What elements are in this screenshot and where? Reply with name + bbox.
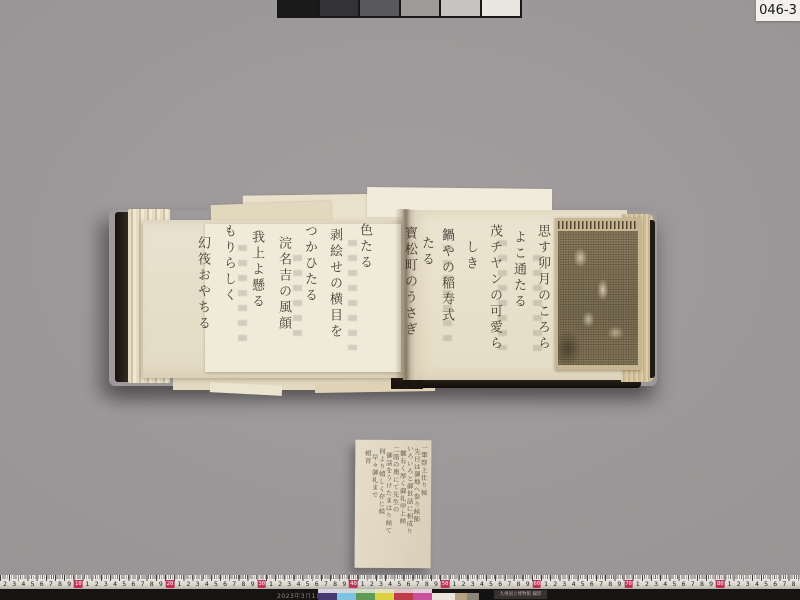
ruler-number: 2 xyxy=(370,580,374,588)
color-calibration-bar xyxy=(318,589,493,600)
ruler-number: 5 xyxy=(31,580,35,588)
ruler-number: 5 xyxy=(764,580,768,588)
ruler-number: 7 xyxy=(49,580,53,588)
album-book: 思す卯月のころらよこ通たる茂チヤンの可愛らしき鍋やの稲寿式たる寳松町のうさぎ 色… xyxy=(115,196,655,396)
calligraphy-column: 思す卯月のころら xyxy=(536,224,549,352)
ruler-number: 3 xyxy=(196,580,200,588)
ruler-decade-number: 80 xyxy=(716,580,725,588)
book-right-cover-edge xyxy=(650,220,655,378)
ruler-number: 1 xyxy=(452,580,456,588)
ruler-number: 2 xyxy=(3,580,7,588)
ruler-number: 4 xyxy=(296,580,300,588)
ruler-number: 6 xyxy=(131,580,135,588)
ruler-number: 2 xyxy=(645,580,649,588)
calligraphy-column: 御話をうけたまはり候て xyxy=(385,452,392,535)
ruler-number: 9 xyxy=(159,580,163,588)
ruler-number: 7 xyxy=(599,580,603,588)
ruler-decade-number: 40 xyxy=(349,580,358,588)
ruler-number: 8 xyxy=(608,580,612,588)
clipping-caption-microtext xyxy=(558,221,638,229)
calligraphy-column: 寳松町のうさぎ xyxy=(403,226,416,338)
color-patch xyxy=(479,593,493,600)
ruler-number: 1 xyxy=(86,580,90,588)
calligraphy-column: 何より嬉しく存じ候 xyxy=(378,448,385,516)
ruler-number: 8 xyxy=(425,580,429,588)
ruler-number: 8 xyxy=(241,580,245,588)
ruler-number: 8 xyxy=(58,580,62,588)
ruler-number: 5 xyxy=(581,580,585,588)
ruler-number: 7 xyxy=(141,580,145,588)
ruler-number: 4 xyxy=(21,580,25,588)
measurement-ruler: 2345678910123456789201234567893012345678… xyxy=(0,575,800,589)
ruler-number: 3 xyxy=(471,580,475,588)
ruler-number: 2 xyxy=(462,580,466,588)
ink-bleedthrough xyxy=(293,255,302,345)
bottom-info-strip: 2023年3月1日 九州国立博物館 撮影 xyxy=(0,589,800,600)
credit-label: 九州国立博物館 撮影 xyxy=(494,590,547,599)
calligraphy-column: 我上よ懸る xyxy=(250,230,263,310)
ruler-number: 4 xyxy=(755,580,759,588)
color-patch xyxy=(356,593,375,600)
ink-bleedthrough xyxy=(238,245,247,345)
ruler-number: 6 xyxy=(40,580,44,588)
calligraphy-column: 難有く厚く御礼申上候 xyxy=(399,450,406,525)
ruler-number: 8 xyxy=(517,580,521,588)
ruler-number: 6 xyxy=(407,580,411,588)
ruler-number: 2 xyxy=(737,580,741,588)
grayscale-patch xyxy=(482,0,521,16)
ruler-number: 5 xyxy=(306,580,310,588)
ruler-number: 1 xyxy=(361,580,365,588)
ruler-number: 3 xyxy=(12,580,16,588)
ruler-number: 8 xyxy=(700,580,704,588)
calligraphy-column: 浣名吉の風顔 xyxy=(277,236,290,332)
ruler-number: 4 xyxy=(113,580,117,588)
ruler-number: 4 xyxy=(663,580,667,588)
ruler-number: 2 xyxy=(186,580,190,588)
ruler-number: 7 xyxy=(416,580,420,588)
ruler-number: 3 xyxy=(379,580,383,588)
color-patch xyxy=(432,593,455,600)
ruler-decade-number: 50 xyxy=(441,580,450,588)
ruler-number: 3 xyxy=(562,580,566,588)
handwritten-card: 一筆啓上仕り候先日は御地へ参り候節いろいろと御世話に相成り難有く厚く御礼申上候二… xyxy=(355,440,432,569)
calligraphy-column: 先日は御地へ参り候節 xyxy=(413,448,420,523)
calligraphy-column: もりらしく xyxy=(222,224,235,304)
calligraphy-column: 早々御礼まで xyxy=(371,454,378,499)
date-stamp: 2023年3月1日 xyxy=(277,591,322,600)
ruler-number: 5 xyxy=(489,580,493,588)
ruler-decade-number: 60 xyxy=(533,580,542,588)
ruler-number: 8 xyxy=(333,580,337,588)
ruler-decade-number: 20 xyxy=(166,580,175,588)
color-patch xyxy=(318,593,337,600)
ruler-number: 3 xyxy=(654,580,658,588)
ruler-number: 6 xyxy=(682,580,686,588)
calligraphy-column: つかひたる xyxy=(303,224,316,304)
newspaper-clipping xyxy=(555,218,641,370)
ruler-number: 1 xyxy=(727,580,731,588)
calligraphy-column: 剥絵せの横目を xyxy=(328,228,341,340)
ruler-number: 1 xyxy=(269,580,273,588)
ruler-number: 6 xyxy=(590,580,594,588)
calligraphy-column: 二階の奥にて先生の xyxy=(392,446,399,514)
ruler-number: 9 xyxy=(251,580,255,588)
calligraphy-column: たる xyxy=(420,236,433,268)
clipping-halftone-photo xyxy=(558,231,638,365)
ruler-number: 1 xyxy=(177,580,181,588)
calligraphy-column: 鍋やの稲寿式 xyxy=(440,228,453,324)
ruler-number: 3 xyxy=(746,580,750,588)
ruler-number: 9 xyxy=(67,580,71,588)
calligraphy-column: 頓首 xyxy=(364,450,371,465)
ruler-number: 9 xyxy=(434,580,438,588)
ruler-number: 6 xyxy=(315,580,319,588)
ruler-number: 7 xyxy=(507,580,511,588)
ruler-number: 1 xyxy=(544,580,548,588)
ruler-number: 4 xyxy=(388,580,392,588)
ruler-number: 6 xyxy=(223,580,227,588)
ruler-number: 8 xyxy=(792,580,796,588)
photo-id-label: 046-3 xyxy=(756,0,800,21)
calligraphy-column: しき xyxy=(464,240,477,272)
color-patch xyxy=(337,593,356,600)
ruler-number: 5 xyxy=(122,580,126,588)
color-patch xyxy=(467,593,479,600)
ruler-number: 9 xyxy=(709,580,713,588)
ruler-decade-number: 30 xyxy=(257,580,266,588)
ruler-decade-number: 10 xyxy=(74,580,83,588)
ruler-number: 4 xyxy=(572,580,576,588)
ruler-number: 9 xyxy=(617,580,621,588)
calligraphy-column: 茂チヤンの可愛ら xyxy=(488,224,501,352)
grayscale-patch xyxy=(441,0,482,16)
ink-bleedthrough xyxy=(348,240,357,350)
color-patch xyxy=(375,593,394,600)
ruler-number: 9 xyxy=(342,580,346,588)
book-bottom-cover-edge xyxy=(413,380,641,388)
ruler-number: 1 xyxy=(636,580,640,588)
color-patch xyxy=(413,593,432,600)
ruler-number: 4 xyxy=(205,580,209,588)
ruler-number: 7 xyxy=(232,580,236,588)
ruler-number: 6 xyxy=(498,580,502,588)
ruler-number: 2 xyxy=(95,580,99,588)
ruler-number: 2 xyxy=(553,580,557,588)
color-patch xyxy=(394,593,413,600)
ruler-number: 2 xyxy=(278,580,282,588)
grayscale-calibration-bar xyxy=(277,0,522,18)
ruler-number: 3 xyxy=(287,580,291,588)
calligraphy-column: 色たる xyxy=(358,223,371,271)
ruler-number: 5 xyxy=(672,580,676,588)
calligraphy-column: 幻筏おやちる xyxy=(196,236,209,332)
ruler-number: 4 xyxy=(480,580,484,588)
calligraphy-column: よこ通たる xyxy=(512,230,525,310)
grayscale-patch xyxy=(320,0,361,16)
ruler-number: 7 xyxy=(691,580,695,588)
ruler-number: 5 xyxy=(397,580,401,588)
grayscale-patch xyxy=(401,0,442,16)
ruler-number: 7 xyxy=(782,580,786,588)
grayscale-patch xyxy=(279,0,320,16)
color-patch xyxy=(455,593,467,600)
calligraphy-column: いろいろと御世話に相成り xyxy=(406,445,413,535)
ruler-number: 5 xyxy=(214,580,218,588)
grayscale-patch xyxy=(360,0,401,16)
ruler-number: 8 xyxy=(150,580,154,588)
ruler-number: 7 xyxy=(324,580,328,588)
ruler-number: 9 xyxy=(526,580,530,588)
ruler-number: 6 xyxy=(773,580,777,588)
calligraphy-column: 一筆啓上仕り候 xyxy=(420,444,427,497)
ruler-decade-number: 70 xyxy=(624,580,633,588)
ruler-number: 3 xyxy=(104,580,108,588)
